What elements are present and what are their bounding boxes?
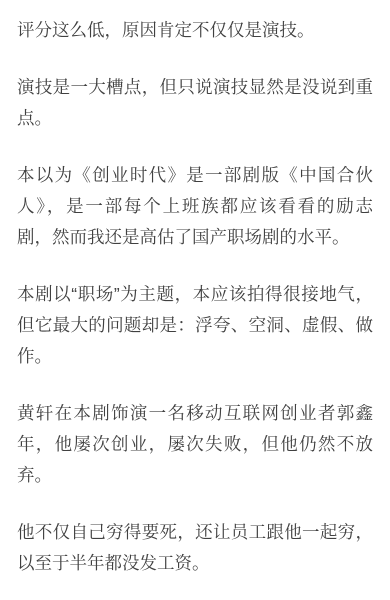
article-paragraph: 本剧以“职场”为主题，本应该拍得很接地气，但它最大的问题却是：浮夸、空洞、虚假、… [17, 279, 373, 372]
article-paragraph: 本以为《创业时代》是一部剧版《中国合伙人》，是一部每个上班族都应该看看的励志剧，… [17, 160, 373, 253]
article-body: 评分这么低，原因肯定不仅仅是演技。 演技是一大槽点，但只说演技显然是没说到重点。… [0, 0, 390, 589]
article-paragraph: 评分这么低，原因肯定不仅仅是演技。 [17, 15, 373, 46]
article-paragraph: 他不仅自己穷得要死，还让员工跟他一起穷，以至于半年都没发工资。 [17, 517, 373, 579]
article-paragraph: 黄轩在本剧饰演一名移动互联网创业者郭鑫年，他屡次创业，屡次失败，但他仍然不放弃。 [17, 398, 373, 491]
article-paragraph: 演技是一大槽点，但只说演技显然是没说到重点。 [17, 72, 373, 134]
